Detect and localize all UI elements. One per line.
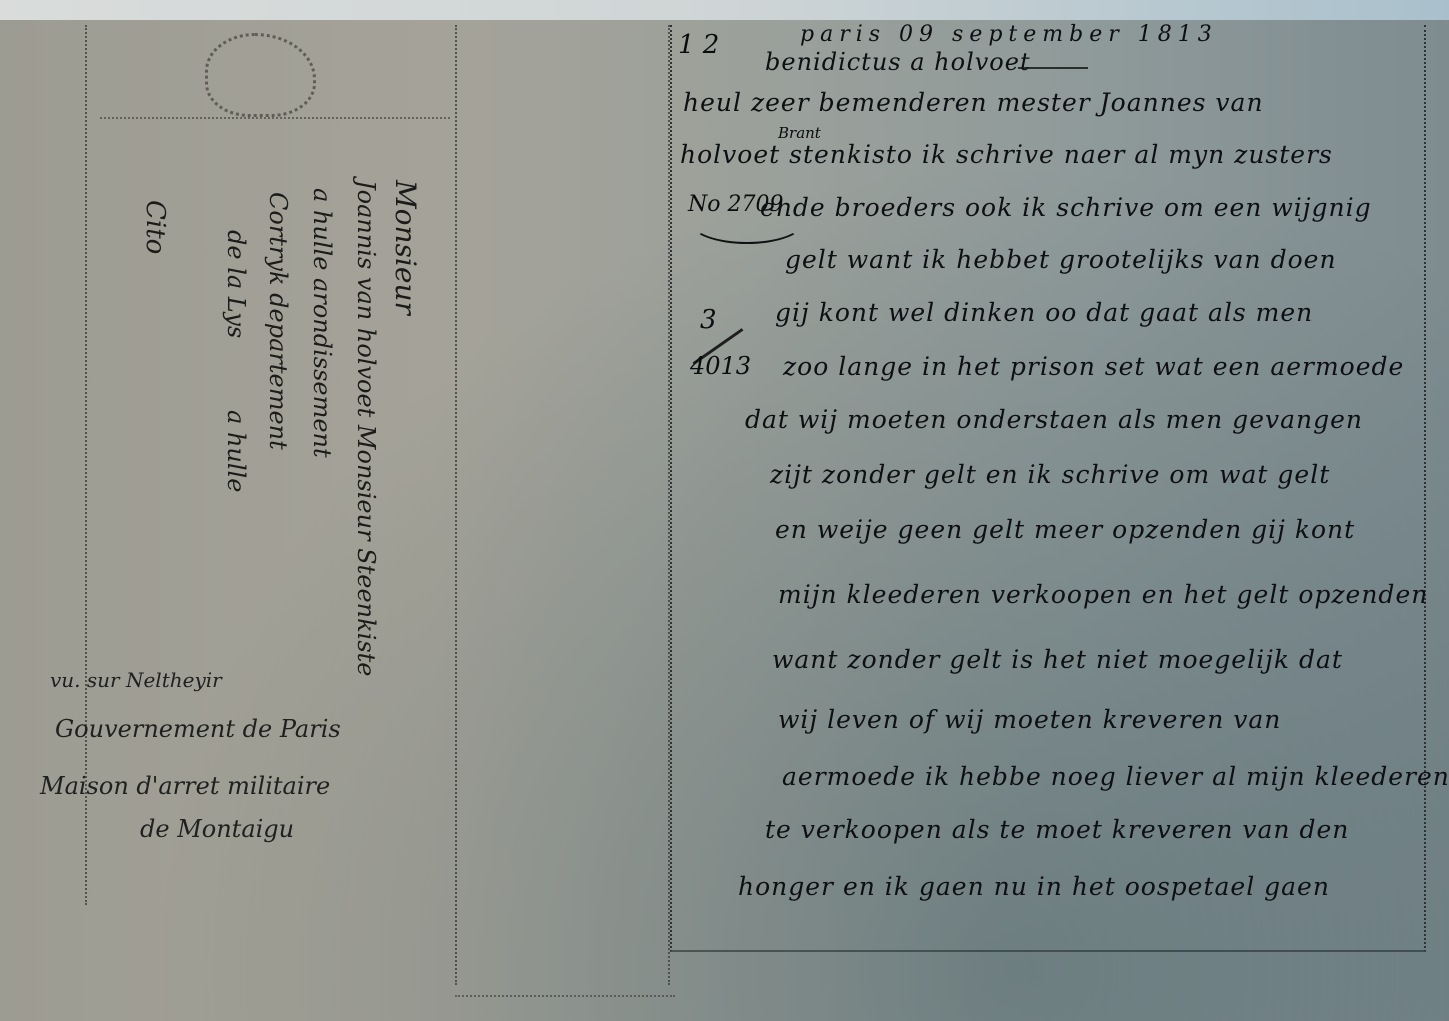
letter-line-9: en weije geen gelt meer opzenden gij kon… <box>775 515 1355 544</box>
fraction-top: 3 <box>700 305 717 335</box>
letter-line-13: aermoede ik hebbe noeg liever al mijn kl… <box>782 762 1449 791</box>
fold-horizontal-top <box>100 117 450 119</box>
letter-line-4: gelt want ik hebbet grootelijks van doen <box>785 245 1337 274</box>
letter-line-5: gij kont wel dinken oo dat gaat als men <box>775 298 1313 327</box>
address-line-6: a hulle <box>222 410 250 492</box>
letter-line-10: mijn kleederen verkoopen en het gelt opz… <box>778 580 1428 609</box>
signature-line: benidictus a holvoet <box>765 48 1031 76</box>
letter-line-3: ende broeders ook ik schrive om een wijg… <box>760 193 1372 222</box>
fold-horizontal-bottom <box>455 995 675 997</box>
letter-line-7: dat wij moeten onderstaen als men gevang… <box>745 405 1363 434</box>
place-date: paris 09 september 1813 <box>800 22 1218 47</box>
folio-mark: 1 2 <box>678 30 719 60</box>
address-line-3: a hulle arondissement <box>308 188 336 458</box>
note-maison: Maison d'arret militaire <box>40 772 330 800</box>
address-block: Monsieur Joannis van holvoet Monsieur St… <box>100 180 460 580</box>
letter-line-2: holvoet stenkisto ik schrive naer al myn… <box>680 140 1333 169</box>
address-line-4: Cortryk departement <box>264 192 292 450</box>
address-line-2: Joannis van holvoet Monsieur Steenkiste <box>352 180 380 677</box>
fraction-bottom: 4013 <box>690 352 751 380</box>
letter-line-8: zijt zonder gelt en ik schrive om wat ge… <box>770 460 1330 489</box>
letter-line-11: want zonder gelt is het niet moegelijk d… <box>772 645 1343 674</box>
address-line-7: Cito <box>140 200 170 254</box>
address-line-5: de la Lys <box>222 230 250 338</box>
letter-line-15: honger en ik gaen nu in het oospetael ga… <box>738 872 1330 901</box>
note-montaigu: de Montaigu <box>140 815 294 843</box>
letter-line-12: wij leven of wij moeten kreveren van <box>778 705 1281 734</box>
letter-line-1: heul zeer bemenderen mester Joannes van <box>683 88 1264 117</box>
note-vu: vu. sur Neltheyir <box>50 668 222 692</box>
date-underline <box>1018 67 1088 69</box>
letter-line-14: te verkoopen als te moet kreveren van de… <box>765 815 1349 844</box>
note-gouvernement: Gouvernement de Paris <box>55 715 341 743</box>
address-line-1: Monsieur <box>389 180 422 315</box>
letter-line-6: zoo lange in het prison set wat een aerm… <box>783 352 1404 381</box>
